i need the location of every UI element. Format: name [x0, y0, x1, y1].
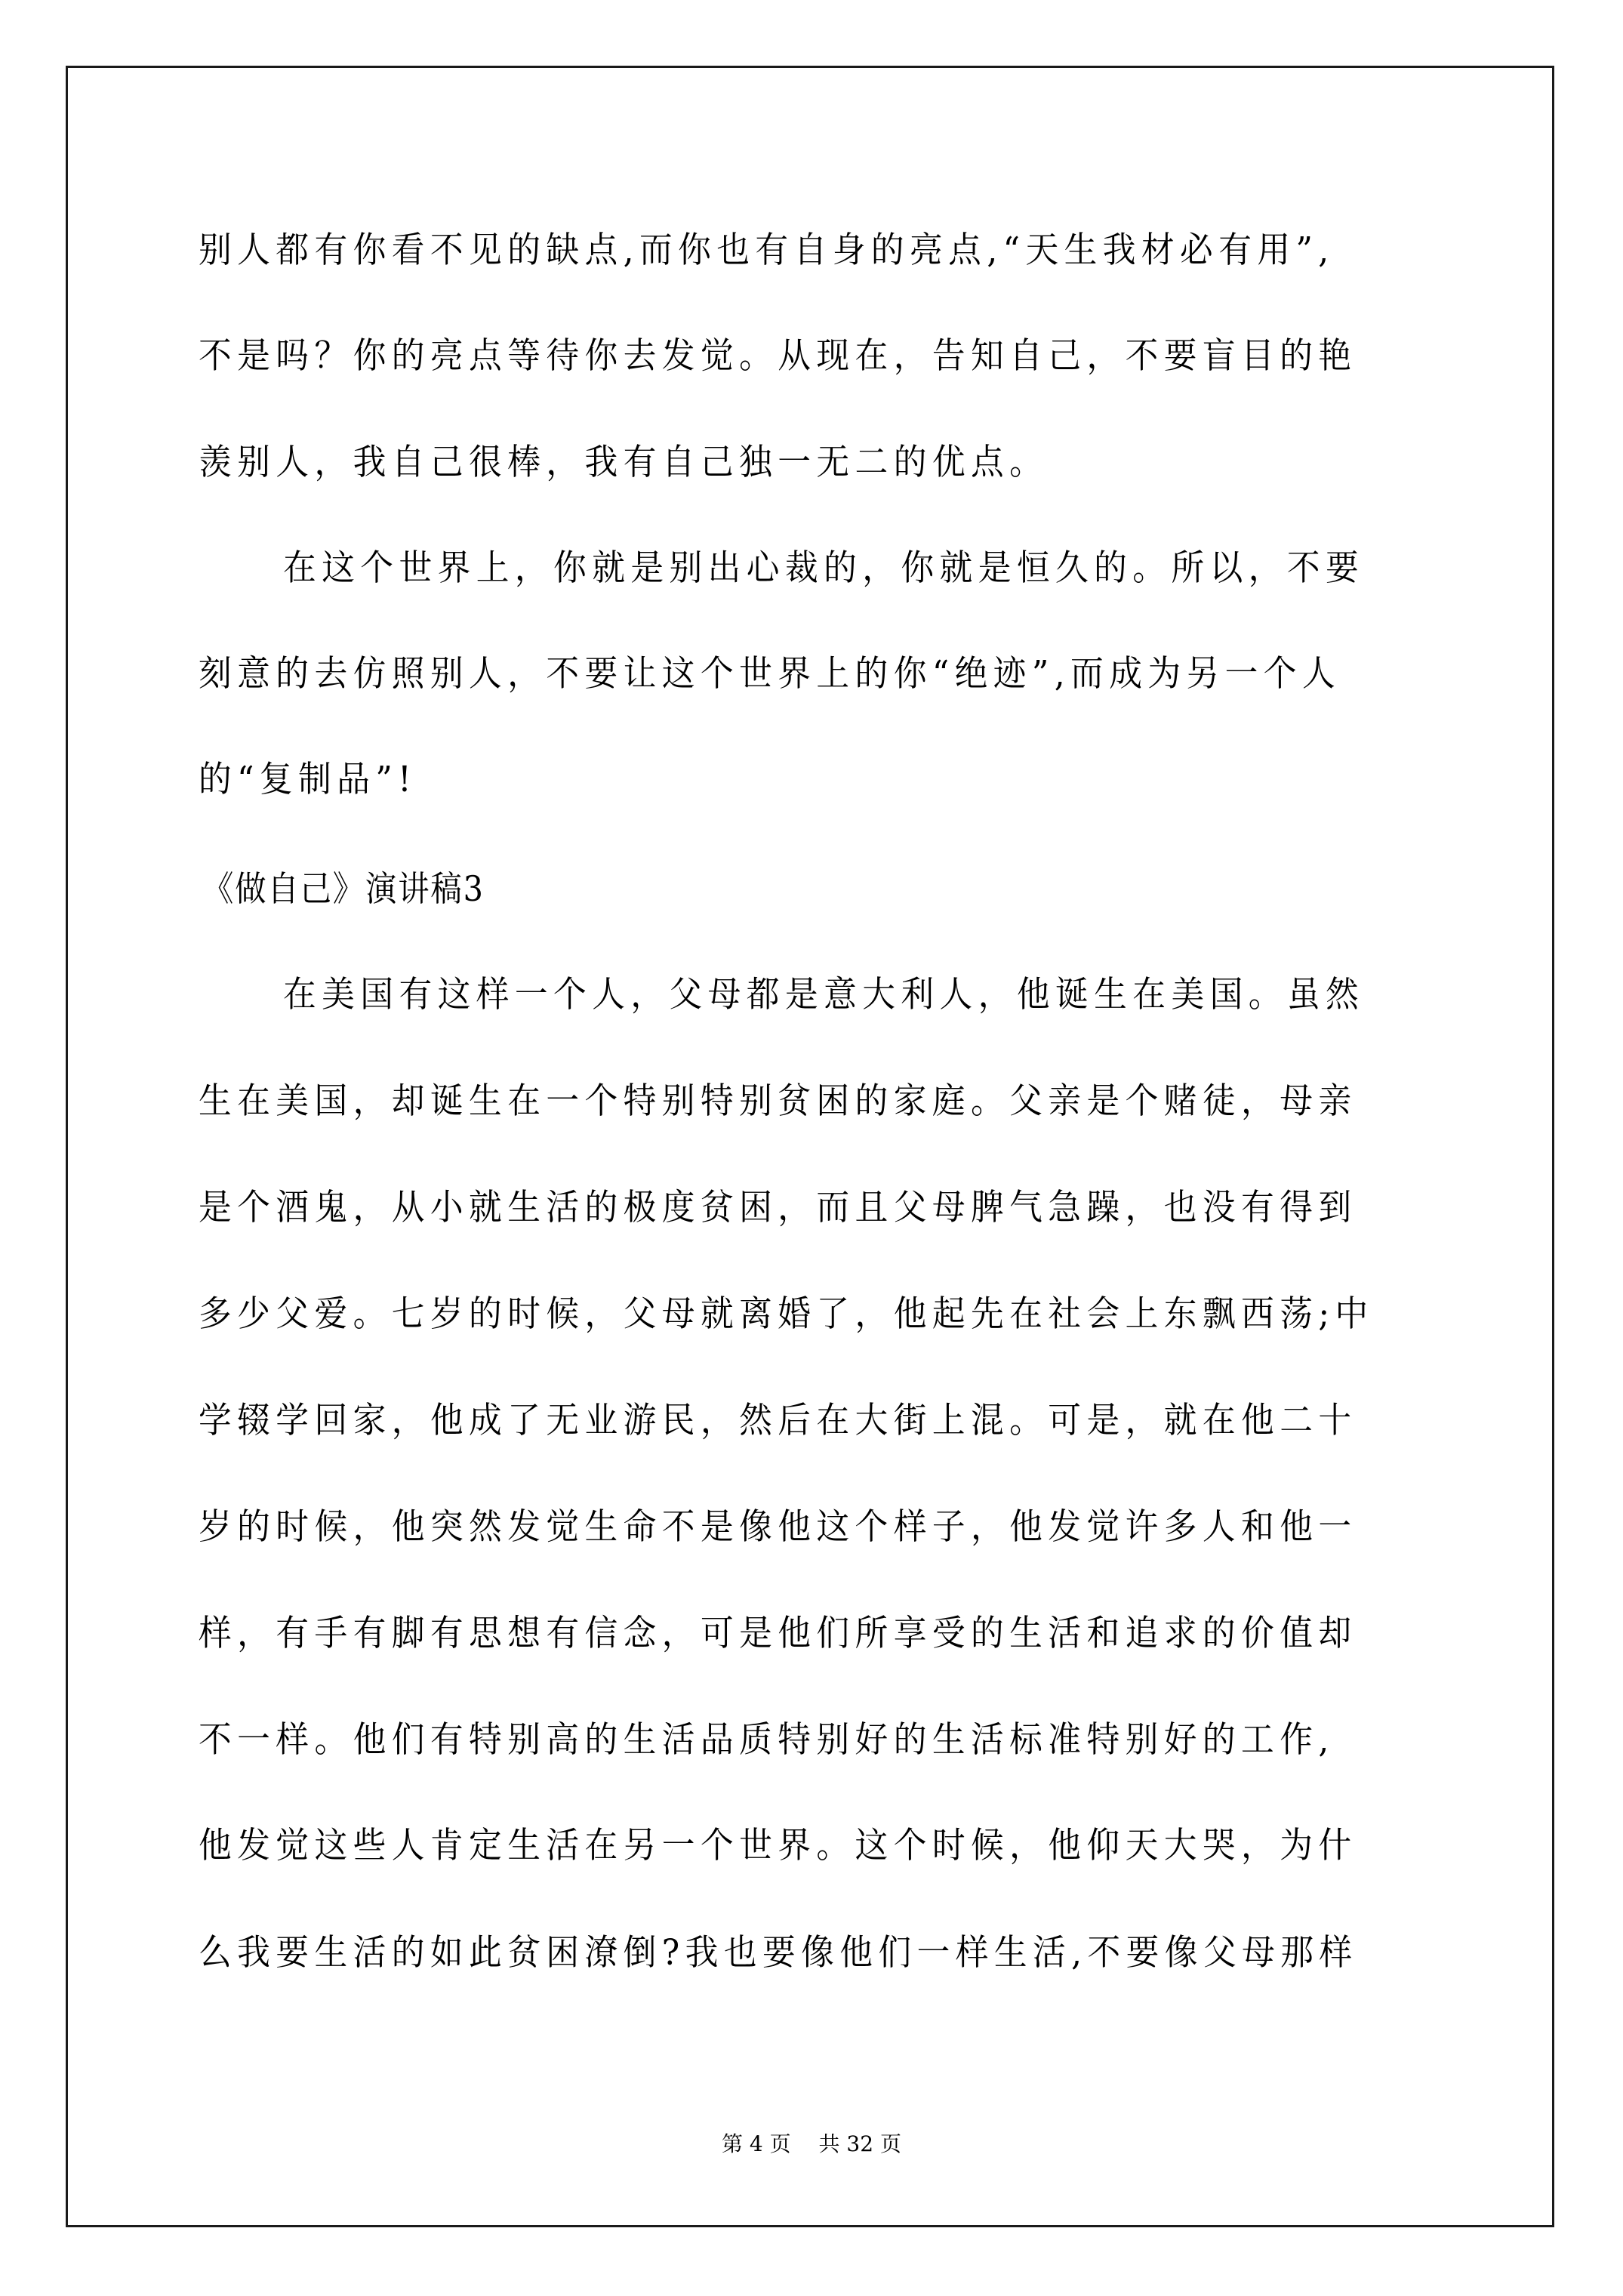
- paragraph-3-line-8: 不一样。他们有特别高的生活品质特别好的生活标准特别好的工作,: [199, 1718, 1378, 1763]
- paragraph-3-line-1: 在美国有这样一个人，父母都是意大利人，他诞生在美国。虽然: [283, 972, 1462, 1018]
- paragraph-2-line-3: 的“复制品”!: [199, 757, 1378, 803]
- paragraph-3-line-9: 他发觉这些人肯定生活在另一个世界。这个时候，他仰天大哭，为什: [199, 1823, 1378, 1869]
- paragraph-3-line-10: 么我要生活的如此贫困潦倒?我也要像他们一样生活,不要像父母那样: [199, 1931, 1378, 1976]
- paragraph-1-line-3: 羡别人，我自己很棒，我有自己独一无二的优点。: [199, 440, 1378, 485]
- paragraph-3-line-2: 生在美国，却诞生在一个特别特别贫困的家庭。父亲是个赌徒，母亲: [199, 1079, 1378, 1124]
- paragraph-3-line-4: 多少父爱。七岁的时候，父母就离婚了，他起先在社会上东飘西荡;中: [199, 1292, 1378, 1337]
- paragraph-3-line-5: 学辍学回家，他成了无业游民，然后在大街上混。可是，就在他二十: [199, 1398, 1378, 1444]
- section-heading: 《做自己》演讲稿3: [202, 866, 485, 911]
- page-number-footer: 第 4 页 共 32 页: [0, 2131, 1623, 2158]
- paragraph-1-line-1: 别人都有你看不见的缺点,而你也有自身的亮点,“天生我材必有用”,: [199, 228, 1378, 273]
- paragraph-3-line-3: 是个酒鬼，从小就生活的极度贫困，而且父母脾气急躁，也没有得到: [199, 1185, 1378, 1231]
- page-border: [66, 66, 1554, 2227]
- paragraph-1-line-2: 不是吗？你的亮点等待你去发觉。从现在，告知自己，不要盲目的艳: [199, 334, 1378, 379]
- paragraph-3-line-7: 样，有手有脚有思想有信念，可是他们所享受的生活和追求的价值却: [199, 1611, 1378, 1657]
- paragraph-2-line-2: 刻意的去仿照别人，不要让这个世界上的你“绝迹”,而成为另一个人: [199, 652, 1378, 697]
- paragraph-2-line-1: 在这个世界上，你就是别出心裁的，你就是恒久的。所以，不要: [283, 546, 1462, 591]
- paragraph-3-line-6: 岁的时候，他突然发觉生命不是像他这个样子，他发觉许多人和他一: [199, 1505, 1378, 1550]
